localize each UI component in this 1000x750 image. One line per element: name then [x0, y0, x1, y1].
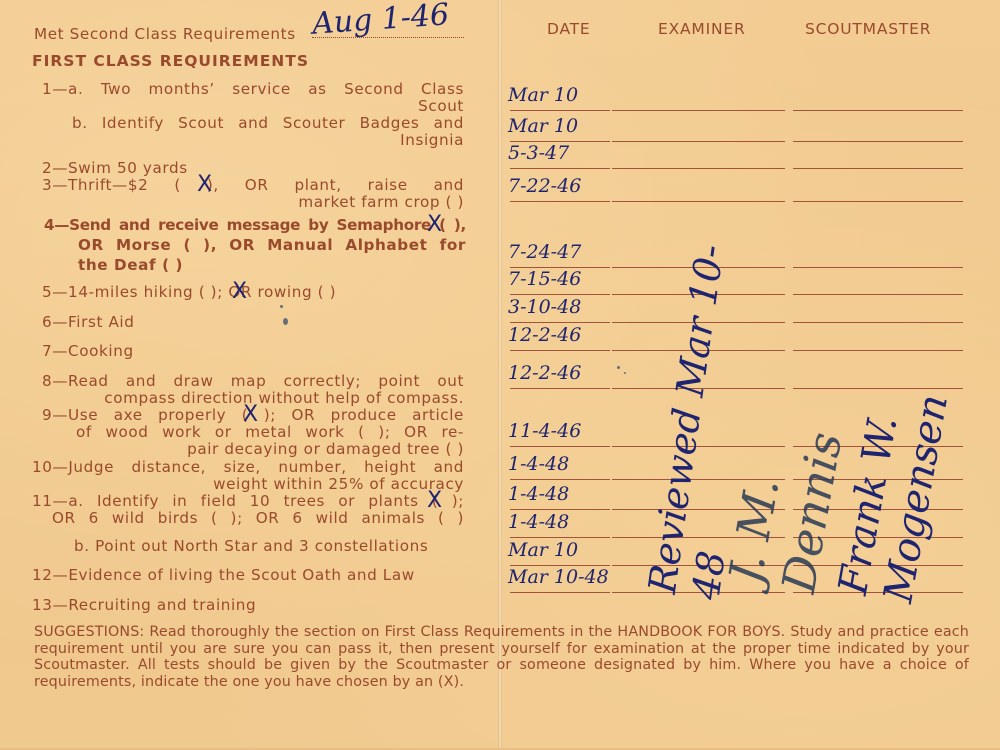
requirement-12: 12—Evidence of living the Scout Oath and… [32, 566, 415, 584]
date-entry: Mar 10-48 [508, 566, 609, 588]
requirement-13: 13—Recruiting and training [32, 596, 256, 614]
date-line [510, 322, 610, 323]
date-entry: 7-22-46 [508, 175, 581, 197]
date-line [510, 168, 610, 169]
date-line [510, 388, 610, 389]
choice-x-mark-hiking: X [232, 281, 247, 303]
date-line [510, 294, 610, 295]
date-line [510, 201, 610, 202]
date-line [510, 509, 610, 510]
date-entry: Mar 10 [508, 115, 578, 137]
date-entry: 7-15-46 [508, 268, 581, 290]
date-entry: 1-4-48 [508, 511, 569, 533]
column-header-scoutmaster: SCOUTMASTER [805, 20, 931, 38]
first-class-requirements-card: Met Second Class Requirements Aug 1-46 F… [0, 0, 1000, 748]
requirement-11b: b. Point out North Star and 3 constellat… [74, 537, 428, 555]
date-entry: Mar 10 [508, 84, 578, 106]
examiner-line [612, 201, 785, 202]
ink-spot [617, 366, 620, 369]
date-entry: 3-10-48 [508, 296, 581, 318]
column-header-examiner: EXAMINER [658, 20, 746, 38]
date-entry: Mar 10 [508, 539, 578, 561]
date-line [510, 110, 610, 111]
date-line [510, 592, 610, 593]
date-entry: 12-2-46 [508, 362, 581, 384]
met-second-class-label: Met Second Class Requirements [34, 25, 296, 43]
ink-spot [280, 305, 283, 308]
date-line [510, 537, 610, 538]
date-entry: 12-2-46 [508, 324, 581, 346]
date-entry: 1-4-48 [508, 483, 569, 505]
scoutmaster-line [793, 110, 963, 111]
requirement-6: 6—First Aid [42, 313, 135, 331]
examiner-line [612, 141, 785, 142]
date-entry: 5-3-47 [508, 142, 569, 164]
met-second-class-date: Aug 1-46 [311, 0, 450, 42]
section-title: FIRST CLASS REQUIREMENTS [32, 52, 309, 70]
ink-spot [624, 372, 626, 374]
scoutmaster-line [793, 267, 963, 268]
date-line [510, 479, 610, 480]
column-header-date: DATE [547, 20, 591, 38]
scoutmaster-line [793, 294, 963, 295]
examiner-line [612, 110, 785, 111]
scoutmaster-line [793, 201, 963, 202]
choice-x-mark-axe: X [243, 404, 258, 426]
requirement-7: 7—Cooking [42, 342, 134, 360]
date-entry: 11-4-46 [508, 420, 581, 442]
date-entry: 7-24-47 [508, 241, 581, 263]
choice-x-mark-thrift: X [197, 174, 212, 196]
choice-x-mark-trees: X [427, 490, 442, 512]
scoutmaster-line [793, 168, 963, 169]
date-line [510, 350, 610, 351]
date-entry: 1-4-48 [508, 453, 569, 475]
scoutmaster-line [793, 141, 963, 142]
examiner-line [612, 168, 785, 169]
choice-x-mark-semaphore: X [427, 214, 442, 236]
requirement-2: 2—Swim 50 yards [42, 159, 188, 177]
suggestions-paragraph: SUGGESTIONS: Read thoroughly the section… [34, 624, 969, 690]
date-line [510, 446, 610, 447]
ink-spot [283, 318, 288, 325]
